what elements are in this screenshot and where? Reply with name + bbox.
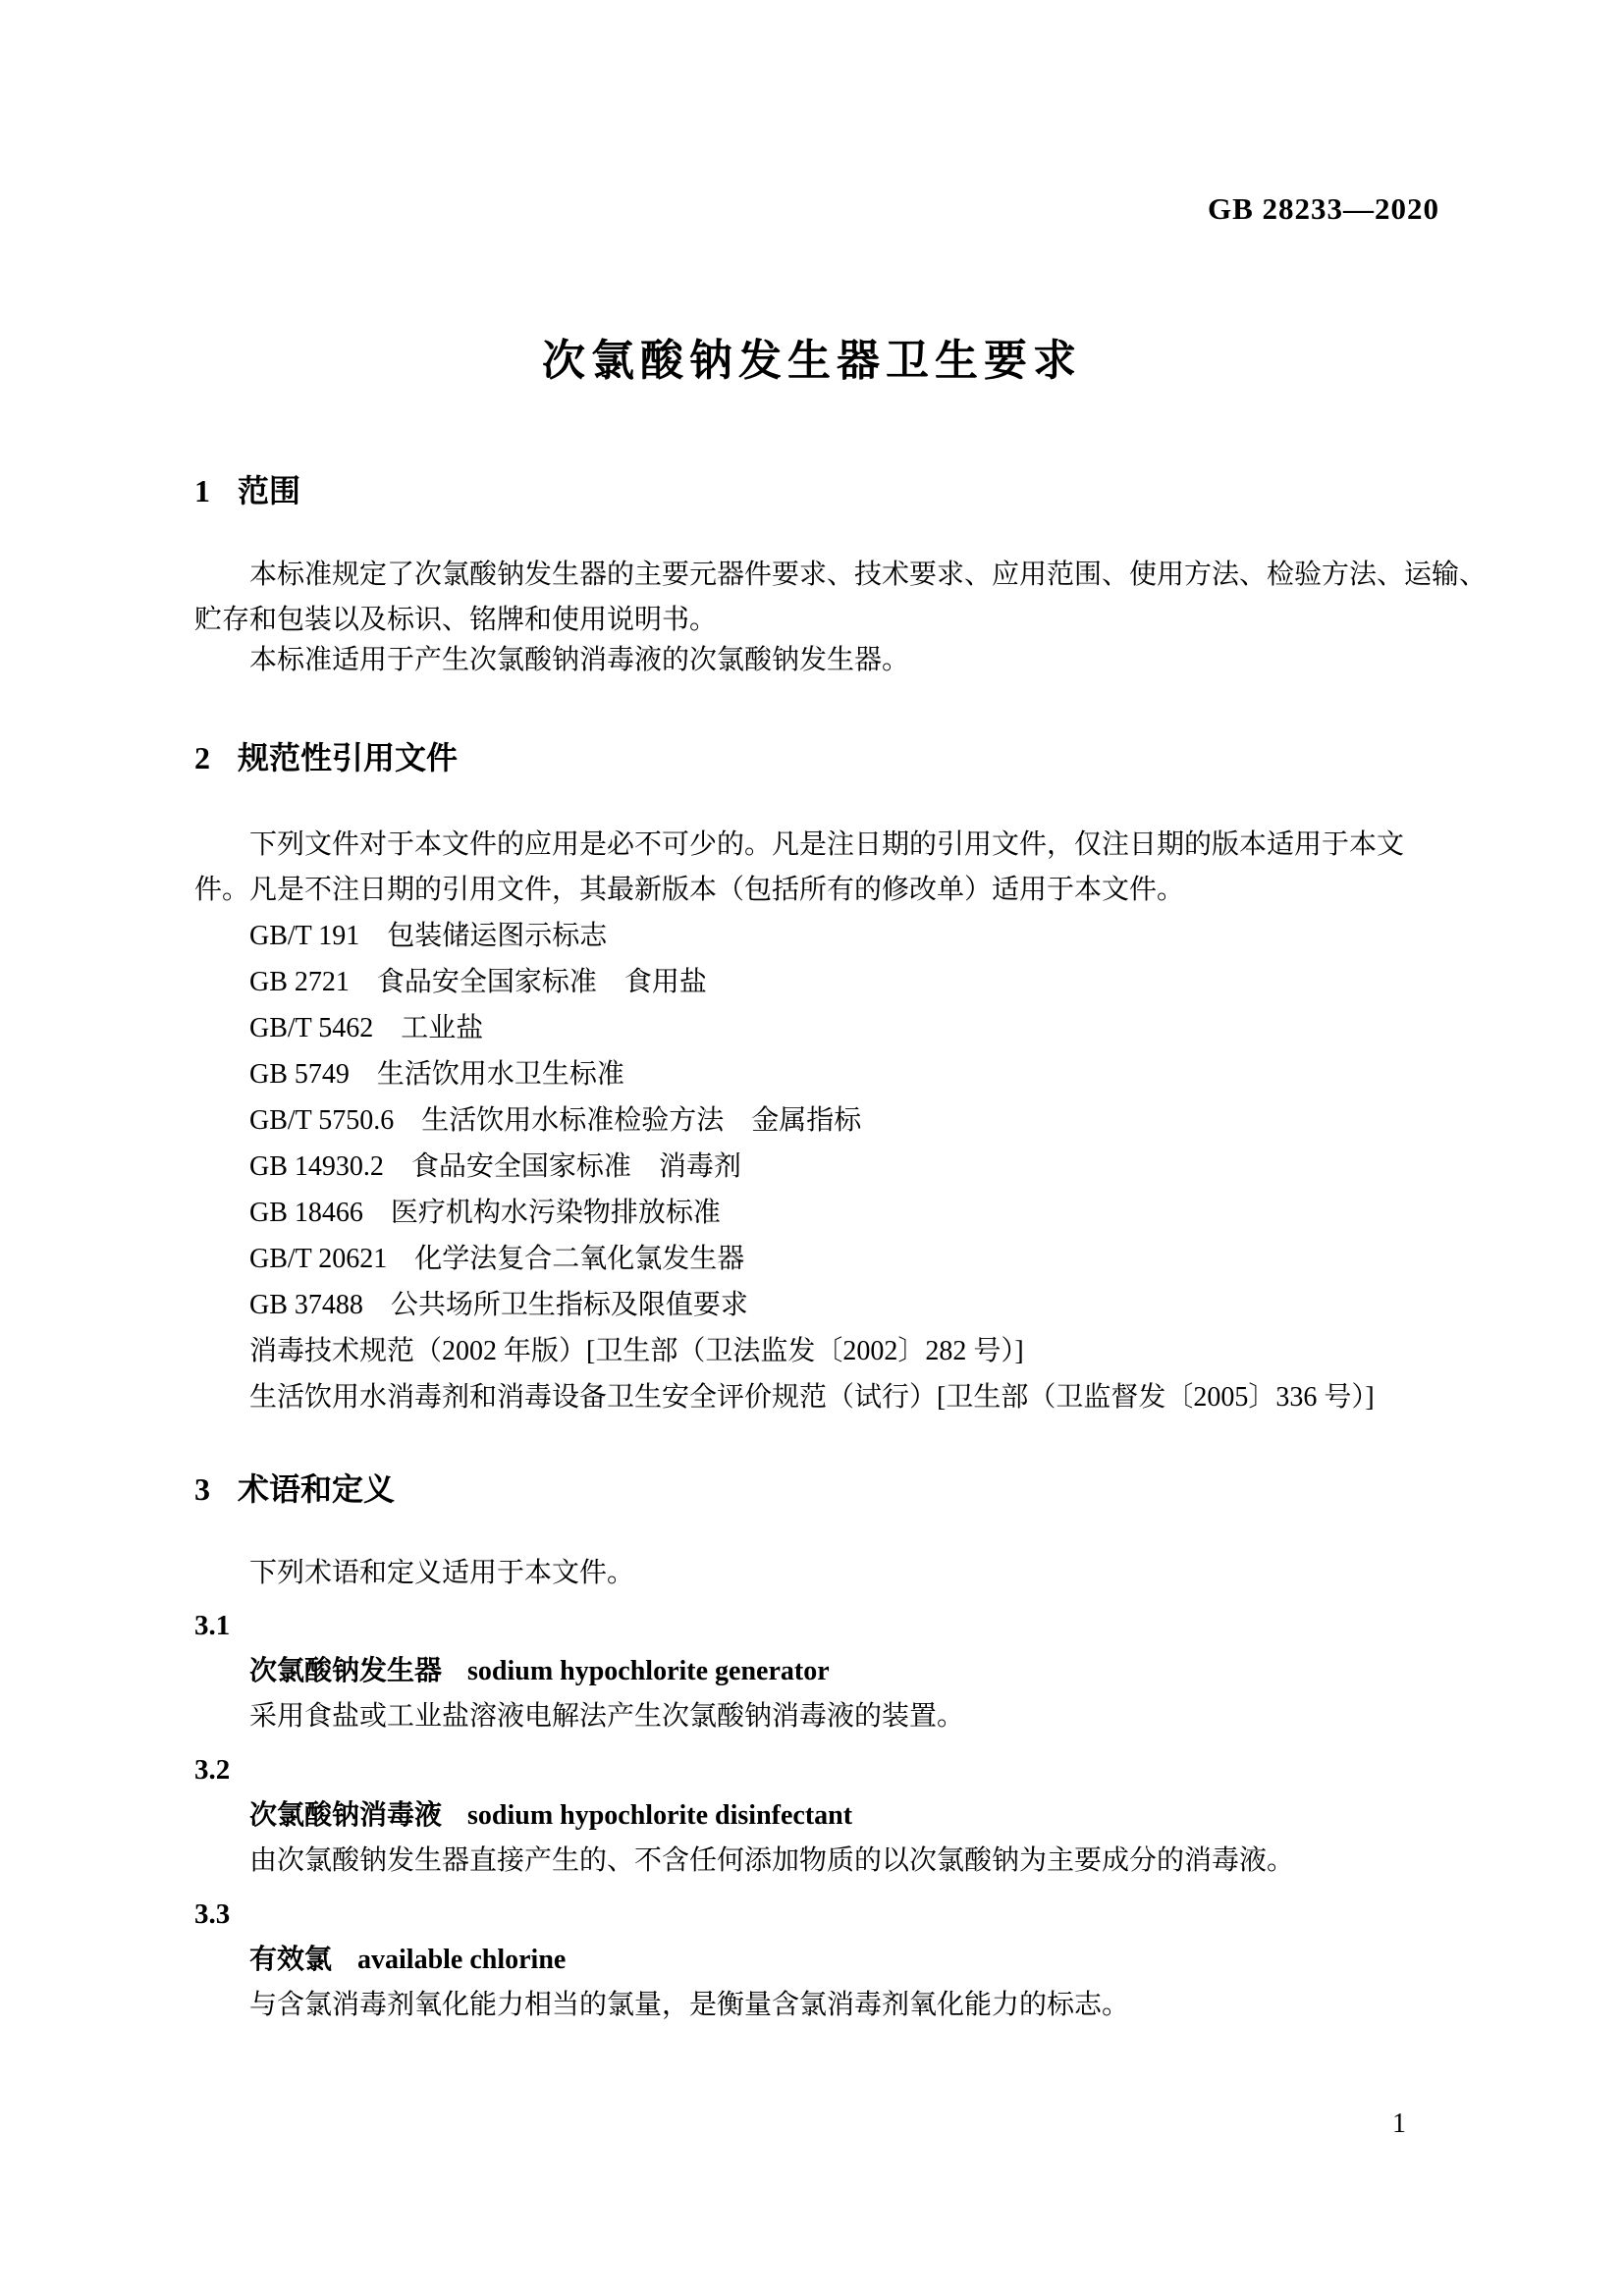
term-group: 3.3 有效氯available chlorine 与含氯消毒剂氧化能力相当的氯… — [194, 1892, 1500, 2028]
scope-paragraph-1: 本标准规定了次氯酸钠发生器的主要元器件要求、技术要求、应用范围、使用方法、检验方… — [194, 553, 1500, 643]
section-1-heading: 1范围 — [194, 471, 1500, 510]
section-3-title: 术语和定义 — [238, 1470, 395, 1508]
section-1-title: 范围 — [238, 472, 300, 509]
term-line: 次氯酸钠发生器sodium hypochlorite generator — [194, 1648, 1500, 1694]
page-number: 1 — [1392, 2109, 1406, 2140]
terms-intro: 下列术语和定义适用于本文件。 — [194, 1551, 1500, 1596]
term-chinese: 次氯酸钠消毒液 — [249, 1798, 442, 1831]
term-definition: 由次氯酸钠发生器直接产生的、不含任何添加物质的以次氯酸钠为主要成分的消毒液。 — [194, 1839, 1500, 1884]
section-2-title: 规范性引用文件 — [238, 739, 458, 776]
term-number: 3.1 — [194, 1603, 1500, 1648]
scope-paragraph-2: 本标准适用于产生次氯酸钠消毒液的次氯酸钠发生器。 — [194, 638, 1500, 683]
term-english: sodium hypochlorite disinfectant — [467, 1800, 852, 1831]
term-english: sodium hypochlorite generator — [467, 1656, 830, 1686]
references-intro: 下列文件对于本文件的应用是必不可少的。凡是注日期的引用文件，仅注日期的版本适用于… — [194, 823, 1500, 913]
section-3-number: 3 — [194, 1469, 210, 1509]
section-2-heading: 2规范性引用文件 — [194, 738, 1500, 777]
reference-item: GB 2721 食品安全国家标准 食用盐 — [194, 959, 1500, 1005]
section-3-heading: 3术语和定义 — [194, 1469, 1500, 1509]
standard-code: GB 28233—2020 — [1208, 191, 1439, 227]
term-definition: 与含氯消毒剂氧化能力相当的氯量，是衡量含氯消毒剂氧化能力的标志。 — [194, 1983, 1500, 2028]
document-page: GB 28233—2020 次氯酸钠发生器卫生要求 1范围 本标准规定了次氯酸钠… — [0, 0, 1624, 2296]
term-group: 3.1 次氯酸钠发生器sodium hypochlorite generator… — [194, 1603, 1500, 1739]
term-number: 3.3 — [194, 1892, 1500, 1937]
reference-item: GB/T 5750.6 生活饮用水标准检验方法 金属指标 — [194, 1097, 1500, 1144]
reference-list: GB/T 191 包装储运图示标志 GB 2721 食品安全国家标准 食用盐 G… — [194, 913, 1500, 1420]
term-line: 有效氯available chlorine — [194, 1937, 1500, 1983]
term-definition: 采用食盐或工业盐溶液电解法产生次氯酸钠消毒液的装置。 — [194, 1694, 1500, 1739]
section-2-number: 2 — [194, 738, 210, 777]
term-number: 3.2 — [194, 1747, 1500, 1792]
reference-item: GB 14930.2 食品安全国家标准 消毒剂 — [194, 1144, 1500, 1190]
document-title: 次氯酸钠发生器卫生要求 — [0, 325, 1624, 388]
reference-item: 消毒技术规范（2002 年版）[卫生部（卫法监发〔2002〕282 号）] — [194, 1328, 1500, 1374]
term-line: 次氯酸钠消毒液sodium hypochlorite disinfectant — [194, 1792, 1500, 1839]
term-group: 3.2 次氯酸钠消毒液sodium hypochlorite disinfect… — [194, 1747, 1500, 1884]
reference-item: 生活饮用水消毒剂和消毒设备卫生安全评价规范（试行）[卫生部（卫监督发〔2005〕… — [194, 1374, 1500, 1420]
reference-item: GB/T 5462 工业盐 — [194, 1005, 1500, 1051]
section-1-number: 1 — [194, 471, 210, 510]
terms-list: 3.1 次氯酸钠发生器sodium hypochlorite generator… — [194, 1603, 1500, 2028]
term-english: available chlorine — [357, 1945, 566, 1975]
term-chinese: 有效氯 — [249, 1943, 332, 1975]
reference-item: GB 18466 医疗机构水污染物排放标准 — [194, 1190, 1500, 1236]
term-chinese: 次氯酸钠发生器 — [249, 1654, 442, 1686]
reference-item: GB 5749 生活饮用水卫生标准 — [194, 1051, 1500, 1097]
reference-item: GB/T 20621 化学法复合二氧化氯发生器 — [194, 1236, 1500, 1282]
reference-item: GB 37488 公共场所卫生指标及限值要求 — [194, 1282, 1500, 1328]
reference-item: GB/T 191 包装储运图示标志 — [194, 913, 1500, 959]
